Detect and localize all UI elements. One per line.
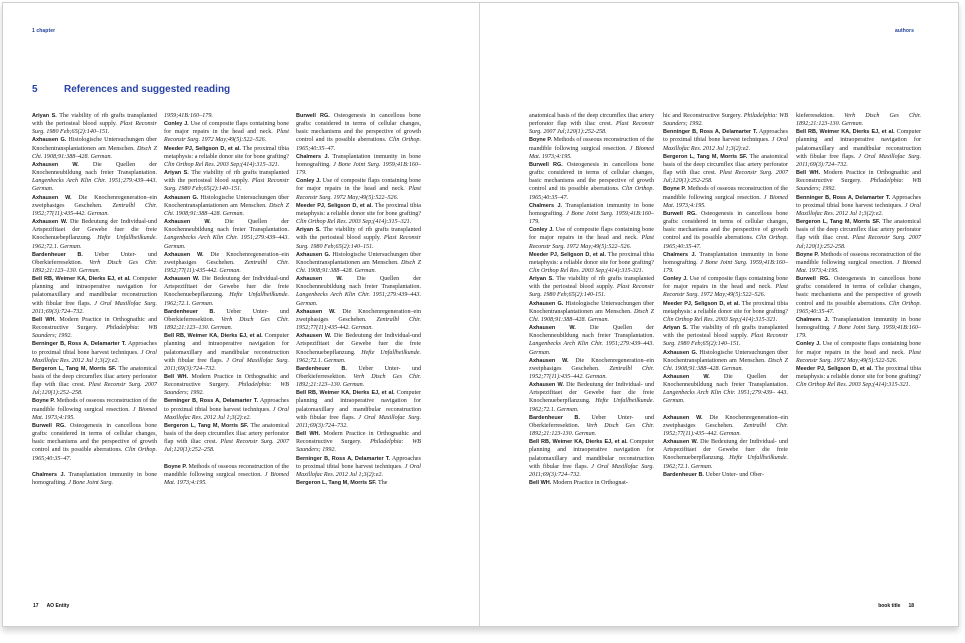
reference-entry: Meeder PJ, Seligson D, et al. The proxim… [796,365,921,389]
reference-author: Ariyan S. [663,325,688,331]
reference-column: anatomical basis of the deep circumflex … [529,112,654,487]
reference-entry: Bergeron L, Tang M, Morris SF. The anato… [796,218,921,251]
reference-entry: Bell WH. Modern Practice in Orthognathic… [32,316,157,340]
reference-author: Axhausen G. [164,195,198,201]
reference-author: Bell WH. [296,431,320,437]
reference-entry: Axhausen W. Die Knochenregeneration–ein … [529,357,654,381]
reference-author: Ariyan S. [164,170,189,176]
reference-entry: Bardenheuer B. Ueber Unter- und Oberkief… [32,251,157,275]
reference-entry: Benninger B, Ross A, Delamarter T. Appro… [663,128,788,152]
reference-author: Axhausen W. [32,195,72,201]
reference-source: Clin Orthop Rel Res. 2003 Sep;(414):315–… [164,162,279,168]
reference-entry: 1959;41B:160–179. [164,112,289,120]
reference-source: Langenbecks Arch Klin Chir. 1951;279:439… [296,292,421,306]
reference-author: Boyne P. [32,398,55,404]
left-page: 1 chapter 5 References and suggested rea… [3,3,480,626]
right-page: authors anatomical basis of the deep cir… [480,3,958,626]
reference-author: Burwell RG. [296,113,330,119]
reference-author: Chalmers J. [296,154,329,160]
reference-title: The [378,480,387,486]
reference-column: Burwell RG. Osteogenesis in cancellous b… [296,112,421,487]
reference-entry: Axhausen W. Die Quellen der Knochenneubi… [32,161,157,194]
reference-entry: Bell WH. Modern Practice in Orthognathic… [796,169,921,193]
reference-entry: Berninger B, Ross A, Delamarter T. Appro… [296,455,421,479]
reference-entry: Meeder PJ, Seligson D, et al. The proxim… [164,145,289,169]
reference-author: Axhausen W. [32,162,79,168]
reference-author: Chalmers J. [529,203,562,209]
reference-author: Bergeron L, Tang M, Morris SF. [164,423,248,429]
reference-author: Axhausen W. [529,382,564,388]
reference-author: Bardenheuer B. [529,415,580,421]
reference-entry: Bergeron L, Tang M, Morris SF. The anato… [663,153,788,186]
reference-author: Bell RB, Weimer KA, Dierks EJ, et al. [296,390,395,396]
reference-entry: Conley J. Use of composite flaps contain… [296,177,421,201]
reference-entry: Axhausen G. Histologische Untersuchungen… [32,136,157,160]
reference-author: Axhausen G. [32,137,66,143]
reference-entry: Axhausen W. Die Quellen der Knochenneubi… [164,218,289,251]
reference-author: Axhausen W. [164,252,204,258]
reference-title: Ueber Unter- und Ober- [706,472,764,478]
reference-author: Axhausen W. [663,374,710,380]
reference-author: Axhausen G. [663,350,697,356]
reference-author: Axhausen W. [164,219,211,225]
reference-author: Axhausen G. [296,252,330,258]
reference-source: Clin Orthop Rel Res. 2003 Sep;(414):315-… [663,317,777,323]
reference-entry: Chalmers J. Transplantation immunity in … [663,251,788,275]
reference-entry: Burwell RG. Osteogenesis in cancellous b… [796,275,921,316]
reference-author: Bell WH. [796,170,820,176]
reference-author: Axhausen W. [296,276,343,282]
reference-author: Bergeron L, Tang M, Morris SF. [32,366,116,372]
reference-entry: Axhausen W. Die Bedeutung der Individual… [32,218,157,251]
reference-author: Axhausen W. [296,333,331,339]
reference-entry: kieferresektion. Verh Dtsch Ges Chir. 18… [796,112,921,128]
reference-source: Clin Orthop Rel Res. 2003 Sep;(414):315–… [296,219,411,225]
reference-entry: Meeder PJ, Seligson D, et al. The proxim… [663,300,788,324]
reference-author: Bergeron L, Tang M, Morris SF. [796,219,880,225]
footer-label: book title [878,603,900,609]
reference-entry: Bell WH. Modern Practice in Orthognathic… [164,373,289,397]
reference-author: Chalmers J. [663,252,696,258]
reference-source: Clin Orthop Rel Res. 2003 Sep;(414):315-… [529,268,643,274]
reference-entry: Bardenheuer B. Ueber Unter- und Oberkief… [164,308,289,332]
reference-entry: hic and Reconstructive Surgery. Philadel… [663,112,788,128]
reference-entry: Bell WH. Modern Practice in Orthognat- [529,479,654,487]
reference-entry: Conley J. Use of composite flaps contain… [796,340,921,364]
reference-author: Bergeron L, Tang M, Morris SF. [296,480,377,486]
reference-entry: Burwell RG. Osteogenesis in cancellous b… [529,161,654,202]
reference-author: Bardenheuer B. [663,472,704,478]
reference-entry: Axhausen W. Die Bedeutung der Individual… [296,332,421,365]
reference-author: Chalmers J. [796,317,829,323]
running-head: 1 chapter [32,28,55,34]
section-heading: 5 References and suggested reading [32,84,230,95]
reference-entry: Chalmers J. Transplantation immunity in … [796,316,921,340]
reference-author: Boyne P. [663,186,686,192]
reference-source: J Bone Joint Surg. [68,480,113,486]
reference-author: Bardenheuer B. [164,309,215,315]
reference-entry: Boyne P. Methods of osseous reconstructi… [796,251,921,275]
reference-author: Meeder PJ, Seligson D, et al. [663,301,740,307]
page-number: 17 [33,603,39,609]
reference-author: Boyne P. [796,252,819,258]
footer-label: AO Entity [47,603,70,609]
reference-entry: Axhausen G. Histologische Untersuchungen… [529,300,654,324]
reference-author: Benninger B, Ross A, Delamarter T. [663,129,757,135]
reference-title: Modern Practice in Orthognat- [553,480,628,486]
reference-entry: Axhausen G. Histologische Untersuchungen… [296,251,421,275]
reference-entry: Meeder PJ, Seligson D, et al. The proxim… [529,251,654,275]
reference-entry: Benninger B, Ross A, Delamarter T. Appro… [796,194,921,218]
reference-entry: Boyne P. Methods of osseous reconstructi… [663,185,788,209]
reference-author: Axhausen W. [529,325,576,331]
reference-author: Burwell RG. [32,423,66,429]
reference-author: Axhausen W. [32,219,67,225]
reference-column: kieferresektion. Verh Dtsch Ges Chir. 18… [796,112,921,389]
reference-author: Bell WH. [529,480,551,486]
reference-entry: Conley J. Use of composite flaps contain… [529,226,654,250]
reference-entry: anatomical basis of the deep circumflex … [529,112,654,136]
section-number: 5 [32,84,64,95]
reference-entry: Axhausen G. Histologische Untersuchungen… [164,194,289,218]
reference-source: Langenbecks Arch Klin Chir. 1951;279:439… [529,341,654,355]
reference-author: Axhausen W. [663,439,698,445]
reference-entry: Berninger B, Ross A, Delamarter T. Appro… [32,340,157,364]
reference-author: Berninger B, Ross A, Delamarter T. [296,456,390,462]
reference-author: Bell RB, Weimer KA, Dierks EJ, et al. [32,276,131,282]
reference-entry: Ariyan S. The viability of rib grafts tr… [529,275,654,299]
reference-author: Conley J. [796,341,821,347]
reference-author: Bardenheuer B. [32,252,83,258]
reference-entry: Conley J. Use of composite flaps contain… [663,275,788,299]
reference-source: Langenbecks Arch Klin Chir. 1951;279:439… [32,178,157,192]
reference-author: Conley J. [529,227,554,233]
reference-author: Boyne P. [529,137,552,143]
reference-author: Bell RB, Weimer KA, Dierks EJ, et al. [796,129,895,135]
reference-author: Bergeron L, Tang M, Morris SF. [663,154,747,160]
reference-author: Ariyan S. [32,113,57,119]
reference-entry: Bardenheuer B. Ueber Unter- und Ober- [663,471,788,479]
reference-author: Conley J. [296,178,321,184]
reference-title: kieferresektion. [796,113,834,119]
reference-entry: Burwell RG. Osteogenesis in cancellous b… [296,112,421,153]
reference-entry: Axhausen W. Die Quellen der Knochenneubi… [296,275,421,308]
reference-entry: Boyne P. Methods of osseous reconstructi… [529,136,654,160]
reference-author: Bell WH. [164,374,188,380]
reference-author: Bell RB, Weimer KA, Dierks EJ, et al. [164,333,263,339]
reference-author: Meeder PJ, Seligson D, et al. [296,203,373,209]
reference-entry: Boyne P. Methods of osseous reconstructi… [164,463,289,487]
reference-entry: Bell RB, Weimer KA, Dierks EJ, et al. Co… [529,438,654,479]
reference-entry: Conley J. Use of composite flaps contain… [164,120,289,144]
reference-entry: Axhausen W. Die Bedeutung der Individual… [663,438,788,471]
reference-author: Berninger B, Ross A, Delamarter T. [32,341,126,347]
reference-entry: Burwell RG. Osteogenesis in cancellous b… [663,210,788,251]
reference-author: Meeder PJ, Seligson D, et al. [164,146,241,152]
reference-entry: Bell RB, Weimer KA, Dierks EJ, et al. Co… [796,128,921,169]
reference-author: Burwell RG. [663,211,697,217]
reference-entry: Bergeron L, Tang M, Morris SF. The [296,479,421,487]
reference-author: Conley J. [164,121,189,127]
reference-author: Berninger B, Ross A, Delamarter T. [164,398,258,404]
reference-entry: Axhausen W. Die Knochenregeneration–ein … [663,414,788,438]
reference-author: Axhausen W. [529,358,569,364]
page-footer: book title18 [878,603,914,609]
reference-entry: Berninger B, Ross A, Delamarter T. Appro… [164,397,289,421]
page-number: 18 [908,603,914,609]
reference-author: Ariyan S. [529,276,554,282]
reference-entry: Bell WH. Modern Practice in Orthognathic… [296,430,421,454]
reference-entry: Bergeron L, Tang M, Morris SF. The anato… [164,422,289,455]
reference-author: Chalmers J. [32,472,65,478]
reference-entry: Axhausen W. Die Knochenregeneration–ein … [164,251,289,275]
reference-author: Axhausen G. [529,301,563,307]
reference-author: Meeder PJ, Seligson D, et al. [796,366,873,372]
reference-entry: Burwell RG. Osteogenesis in cancellous b… [32,422,157,463]
reference-author: Axhausen W. [164,276,199,282]
reference-author: Bell WH. [32,317,56,323]
reference-source: Langenbecks Arch Klin Chir. 1951;279:439… [164,235,289,249]
reference-entry: Chalmers J. Transplantation immunity in … [296,153,421,177]
reference-author: Ariyan S. [296,227,321,233]
reference-column: Ariyan S. The viability of rib grafts tr… [32,112,157,487]
reference-author: Axhausen W. [663,415,703,421]
reference-author: Burwell RG. [529,162,563,168]
reference-entry: Axhausen W. Die Knochenregeneration–ein … [32,194,157,218]
reference-author: Conley J. [663,276,688,282]
reference-entry: Boyne P. Methods of osseous reconstructi… [32,397,157,421]
reference-author: Bell RB, Weimer KA, Dierks EJ, et al. [529,439,628,445]
reference-author: Benninger B, Ross A, Delamarter T. [796,195,890,201]
reference-entry: Ariyan S. The viability of rib grafts tr… [164,169,289,193]
reference-entry: Meeder PJ, Seligson D, et al. The proxim… [296,202,421,226]
reference-author: Meeder PJ, Seligson D, et al. [529,252,606,258]
reference-entry: Bardenheuer B. Ueber Unter- und Oberkief… [296,365,421,389]
reference-entry: Axhausen W. Die Quellen der Knochenneubi… [529,324,654,357]
reference-entry: Bardenheuer B. Ueber Unter- und Oberkief… [529,414,654,438]
reference-column: hic and Reconstructive Surgery. Philadel… [663,112,788,479]
reference-entry: Axhausen W. Die Bedeutung der Individual… [164,275,289,308]
reference-entry: Ariyan S. The viability of rib grafts tr… [32,112,157,136]
reference-entry: Chalmers J. Transplantation immunity in … [32,471,157,487]
page-footer: 17AO Entity [33,603,69,609]
reference-entry: Bell RB, Weimer KA, Dierks EJ, et al. Co… [32,275,157,316]
reference-entry: Chalmers J. Transplantation immunity in … [529,202,654,226]
reference-entry: Bergeron L, Tang M, Morris SF. The anato… [32,365,157,398]
reference-entry: Bell RB, Weimer KA, Dierks EJ, et al. Co… [296,389,421,430]
reference-author: Bardenheuer B. [296,366,347,372]
reference-entry: Axhausen W. Die Quellen der Knochenneubi… [663,373,788,406]
reference-entry: Axhausen G. Histologische Untersuchungen… [663,349,788,373]
reference-column: 1959;41B:160–179. Conley J. Use of compo… [164,112,289,487]
reference-source: 1959;41B:160–179. [164,113,213,119]
reference-author: Burwell RG. [796,276,830,282]
reference-entry: Ariyan S. The viability of rib grafts tr… [663,324,788,348]
reference-entry: Axhausen W. Die Bedeutung der Individual… [529,381,654,414]
reference-title: hic and Reconstructive Surgery. [663,113,742,119]
reference-entry: Bell RB, Weimer KA, Dierks EJ, et al. Co… [164,332,289,373]
book-spread: 1 chapter 5 References and suggested rea… [2,2,959,627]
reference-author: Axhausen W. [296,309,336,315]
running-head: authors [895,28,914,34]
reference-source: Clin Orthop Rel Res. 2003 Sep;(414):315-… [796,382,910,388]
section-title: References and suggested reading [64,84,230,95]
reference-source: Langenbecks Arch Klin Chir. 1951;279:439… [663,390,788,404]
reference-entry: Ariyan S. The viability of rib grafts tr… [296,226,421,250]
reference-author: Boyne P. [164,464,187,470]
reference-entry: Axhausen W. Die Knochenregeneration–ein … [296,308,421,332]
